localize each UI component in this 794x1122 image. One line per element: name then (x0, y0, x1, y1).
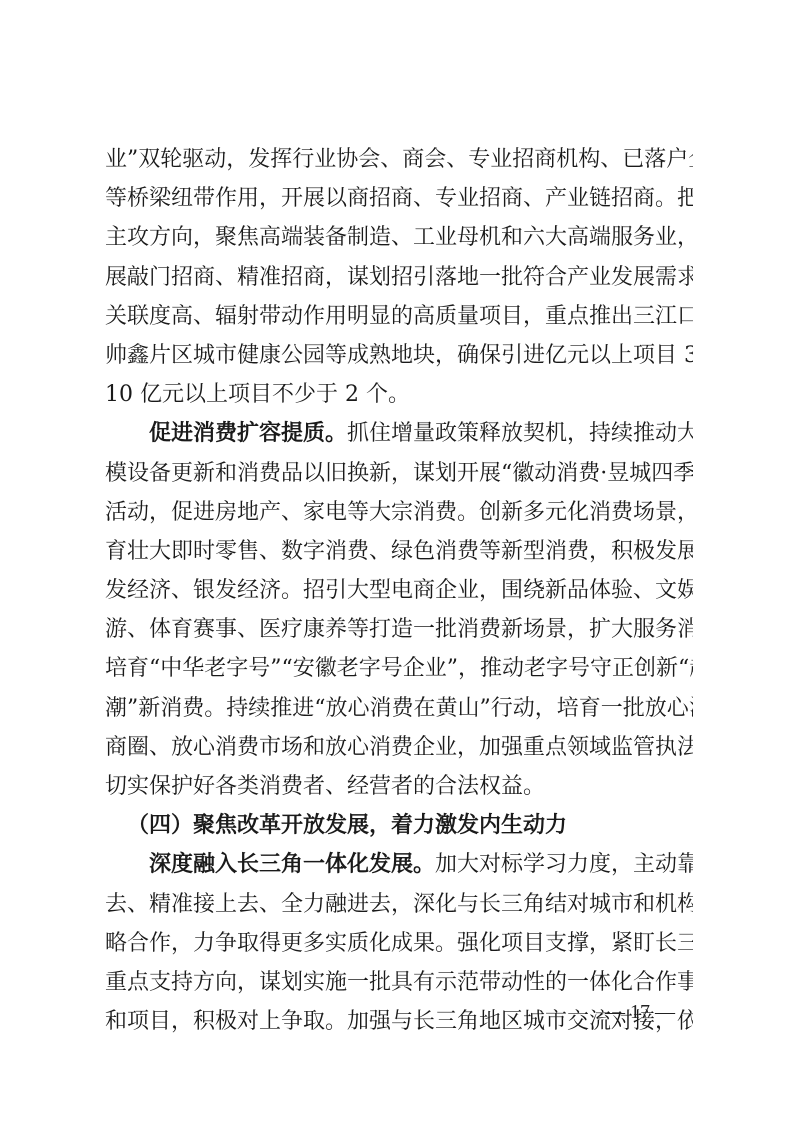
page-number: — 17 — (600, 998, 680, 1026)
text-line: 育壮大即时零售、数字消费、绿色消费等新型消费，积极发展首 (105, 532, 693, 571)
text-line-with-lead: 深度融入长三角一体化发展。加大对标学习力度，主动靠上 (105, 845, 693, 884)
text-line: 略合作，力争取得更多实质化成果。强化项目支撑，紧盯长三角 (105, 924, 693, 963)
text-line: 去、精准接上去、全力融进去，深化与长三角结对城市和机构战 (105, 885, 693, 924)
text-line: 关联度高、辐射带动作用明显的高质量项目，重点推出三江口、 (105, 297, 693, 336)
text-line: 模设备更新和消费品以旧换新，谋划开展“徽动消费·昱城四季购” (105, 454, 693, 493)
text-line: 重点支持方向，谋划实施一批具有示范带动性的一体化合作事项 (105, 963, 693, 1002)
paragraph-consumption: 促进消费扩容提质。抓住增量政策释放契机，持续推动大规 模设备更新和消费品以旧换新… (105, 414, 693, 806)
text-line: 展敲门招商、精准招商，谋划招引落地一批符合产业发展需求、 (105, 258, 693, 297)
document-page: 业”双轮驱动，发挥行业协会、商会、专业招商机构、已落户企业 等桥梁纽带作用，开展… (0, 0, 794, 1122)
text-line: 等桥梁纽带作用，开展以商招商、专业招商、产业链招商。把牢 (105, 179, 693, 218)
text-line: 发经济、银发经济。招引大型电商企业，围绕新品体验、文娱旅 (105, 571, 693, 610)
text-line: 游、体育赛事、医疗康养等打造一批消费新场景，扩大服务消费。 (105, 610, 693, 649)
paragraph-lead-title: 促进消费扩容提质。 (149, 420, 347, 446)
text-span: 抓住增量政策释放契机，持续推动大规 (347, 421, 693, 446)
text-line-with-lead: 促进消费扩容提质。抓住增量政策释放契机，持续推动大规 (105, 414, 693, 453)
text-line: 潮”新消费。持续推进“放心消费在黄山”行动，培育一批放心消费 (105, 689, 693, 728)
text-line: 业”双轮驱动，发挥行业协会、商会、专业招商机构、已落户企业 (105, 140, 693, 179)
text-span: 加大对标学习力度，主动靠上 (435, 852, 693, 877)
paragraph-investment-continuation: 业”双轮驱动，发挥行业协会、商会、专业招商机构、已落户企业 等桥梁纽带作用，开展… (105, 140, 693, 414)
text-line: 活动，促进房地产、家电等大宗消费。创新多元化消费场景，培 (105, 493, 693, 532)
text-line: 帅鑫片区城市健康公园等成熟地块，确保引进亿元以上项目 35 个， (105, 336, 693, 375)
text-line: 切实保护好各类消费者、经营者的合法权益。 (105, 767, 693, 806)
text-line: 主攻方向，聚焦高端装备制造、工业母机和六大高端服务业，开 (105, 218, 693, 257)
text-line: 培育“中华老字号”“安徽老字号企业”，推动老字号守正创新“赶 (105, 649, 693, 688)
text-line: 10 亿元以上项目不少于 2 个。 (105, 375, 693, 414)
paragraph-lead-title: 深度融入长三角一体化发展。 (149, 851, 435, 877)
section-heading: （四）聚焦改革开放发展，着力激发内生动力 (105, 806, 693, 845)
document-body: 业”双轮驱动，发挥行业协会、商会、专业招商机构、已落户企业 等桥梁纽带作用，开展… (105, 140, 693, 1041)
text-line: 商圈、放心消费市场和放心消费企业，加强重点领域监管执法， (105, 728, 693, 767)
